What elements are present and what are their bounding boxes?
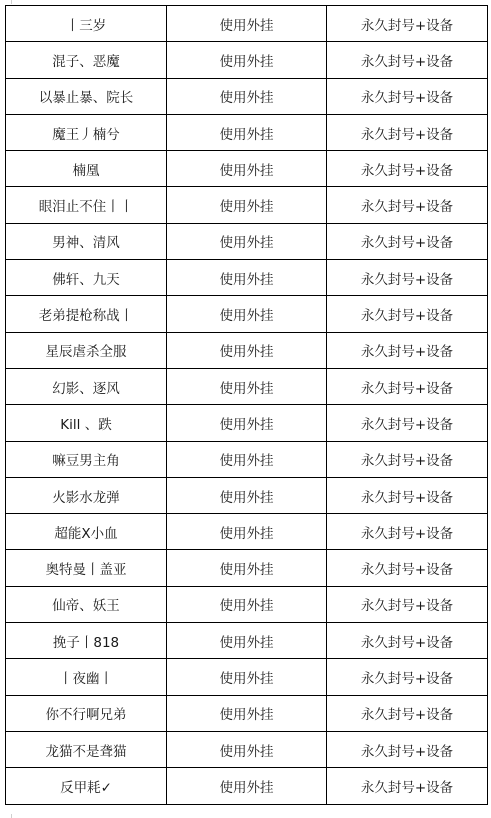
- table-row: 佛轩、九天使用外挂永久封号+设备: [6, 260, 488, 296]
- table-row: 丨夜幽丨使用外挂永久封号+设备: [6, 659, 488, 695]
- penalty-cell: 永久封号+设备: [327, 223, 488, 259]
- page-corner-mark-top: [2, 0, 12, 4]
- penalty-cell: 永久封号+设备: [327, 187, 488, 223]
- table-row: Kill 、跌使用外挂永久封号+设备: [6, 405, 488, 441]
- violation-reason-cell: 使用外挂: [167, 405, 327, 441]
- violation-reason-cell: 使用外挂: [167, 441, 327, 477]
- violation-reason-cell: 使用外挂: [167, 42, 327, 78]
- player-name-cell: 仙帝、妖王: [6, 586, 167, 622]
- violation-reason-cell: 使用外挂: [167, 296, 327, 332]
- table-row: 眼泪止不住丨丨使用外挂永久封号+设备: [6, 187, 488, 223]
- violation-reason-cell: 使用外挂: [167, 477, 327, 513]
- table-row: 挽子丨818使用外挂永久封号+设备: [6, 623, 488, 659]
- violation-reason-cell: 使用外挂: [167, 695, 327, 731]
- violation-reason-cell: 使用外挂: [167, 659, 327, 695]
- player-name-cell: 反甲耗✓: [6, 768, 167, 804]
- player-name-cell: 超能Ⅹ小血: [6, 514, 167, 550]
- penalty-cell: 永久封号+设备: [327, 477, 488, 513]
- table-row: 嘛豆男主角使用外挂永久封号+设备: [6, 441, 488, 477]
- penalty-cell: 永久封号+设备: [327, 514, 488, 550]
- table-row: 魔王丿楠兮使用外挂永久封号+设备: [6, 114, 488, 150]
- table-row: 奥特曼丨盖亚使用外挂永久封号+设备: [6, 550, 488, 586]
- violation-reason-cell: 使用外挂: [167, 768, 327, 804]
- table-row: 你不行啊兄弟使用外挂永久封号+设备: [6, 695, 488, 731]
- player-name-cell: 楠凰: [6, 151, 167, 187]
- player-name-cell: 幻影、逐风: [6, 368, 167, 404]
- table-row: 火影水龙弹使用外挂永久封号+设备: [6, 477, 488, 513]
- table-row: 丨三岁使用外挂永久封号+设备: [6, 6, 488, 42]
- violation-reason-cell: 使用外挂: [167, 332, 327, 368]
- penalty-cell: 永久封号+设备: [327, 260, 488, 296]
- ban-list-body: 丨三岁使用外挂永久封号+设备 混子、恶魔使用外挂永久封号+设备 以暴止暴、院长使…: [6, 6, 488, 805]
- violation-reason-cell: 使用外挂: [167, 368, 327, 404]
- table-row: 星辰虐杀全服使用外挂永久封号+设备: [6, 332, 488, 368]
- penalty-cell: 永久封号+设备: [327, 78, 488, 114]
- penalty-cell: 永久封号+设备: [327, 731, 488, 767]
- penalty-cell: 永久封号+设备: [327, 659, 488, 695]
- player-name-cell: 老弟提枪称战丨: [6, 296, 167, 332]
- player-name-cell: 火影水龙弹: [6, 477, 167, 513]
- violation-reason-cell: 使用外挂: [167, 623, 327, 659]
- player-name-cell: 嘛豆男主角: [6, 441, 167, 477]
- table-row: 超能Ⅹ小血使用外挂永久封号+设备: [6, 514, 488, 550]
- violation-reason-cell: 使用外挂: [167, 514, 327, 550]
- violation-reason-cell: 使用外挂: [167, 6, 327, 42]
- player-name-cell: 奥特曼丨盖亚: [6, 550, 167, 586]
- table-row: 混子、恶魔使用外挂永久封号+设备: [6, 42, 488, 78]
- player-name-cell: 丨夜幽丨: [6, 659, 167, 695]
- table-row: 反甲耗✓使用外挂永久封号+设备: [6, 768, 488, 804]
- table-row: 男神、清风使用外挂永久封号+设备: [6, 223, 488, 259]
- violation-reason-cell: 使用外挂: [167, 187, 327, 223]
- player-name-cell: 眼泪止不住丨丨: [6, 187, 167, 223]
- penalty-cell: 永久封号+设备: [327, 332, 488, 368]
- player-name-cell: 佛轩、九天: [6, 260, 167, 296]
- player-name-cell: 挽子丨818: [6, 623, 167, 659]
- player-name-cell: 以暴止暴、院长: [6, 78, 167, 114]
- penalty-cell: 永久封号+设备: [327, 6, 488, 42]
- penalty-cell: 永久封号+设备: [327, 42, 488, 78]
- penalty-cell: 永久封号+设备: [327, 441, 488, 477]
- penalty-cell: 永久封号+设备: [327, 114, 488, 150]
- player-name-cell: 魔王丿楠兮: [6, 114, 167, 150]
- penalty-cell: 永久封号+设备: [327, 768, 488, 804]
- table-row: 以暴止暴、院长使用外挂永久封号+设备: [6, 78, 488, 114]
- violation-reason-cell: 使用外挂: [167, 550, 327, 586]
- table-row: 老弟提枪称战丨使用外挂永久封号+设备: [6, 296, 488, 332]
- penalty-cell: 永久封号+设备: [327, 623, 488, 659]
- ban-list-table: 丨三岁使用外挂永久封号+设备 混子、恶魔使用外挂永久封号+设备 以暴止暴、院长使…: [5, 5, 488, 805]
- penalty-cell: 永久封号+设备: [327, 405, 488, 441]
- table-row: 龙猫不是聋猫使用外挂永久封号+设备: [6, 731, 488, 767]
- player-name-cell: 你不行啊兄弟: [6, 695, 167, 731]
- table-row: 仙帝、妖王使用外挂永久封号+设备: [6, 586, 488, 622]
- player-name-cell: Kill 、跌: [6, 405, 167, 441]
- table-row: 楠凰使用外挂永久封号+设备: [6, 151, 488, 187]
- page-corner-mark-bottom: [2, 814, 12, 818]
- table-row: 幻影、逐风使用外挂永久封号+设备: [6, 368, 488, 404]
- penalty-cell: 永久封号+设备: [327, 368, 488, 404]
- player-name-cell: 混子、恶魔: [6, 42, 167, 78]
- violation-reason-cell: 使用外挂: [167, 223, 327, 259]
- penalty-cell: 永久封号+设备: [327, 586, 488, 622]
- violation-reason-cell: 使用外挂: [167, 731, 327, 767]
- violation-reason-cell: 使用外挂: [167, 151, 327, 187]
- player-name-cell: 男神、清风: [6, 223, 167, 259]
- penalty-cell: 永久封号+设备: [327, 296, 488, 332]
- penalty-cell: 永久封号+设备: [327, 151, 488, 187]
- violation-reason-cell: 使用外挂: [167, 114, 327, 150]
- penalty-cell: 永久封号+设备: [327, 695, 488, 731]
- player-name-cell: 星辰虐杀全服: [6, 332, 167, 368]
- player-name-cell: 龙猫不是聋猫: [6, 731, 167, 767]
- violation-reason-cell: 使用外挂: [167, 260, 327, 296]
- violation-reason-cell: 使用外挂: [167, 78, 327, 114]
- violation-reason-cell: 使用外挂: [167, 586, 327, 622]
- player-name-cell: 丨三岁: [6, 6, 167, 42]
- penalty-cell: 永久封号+设备: [327, 550, 488, 586]
